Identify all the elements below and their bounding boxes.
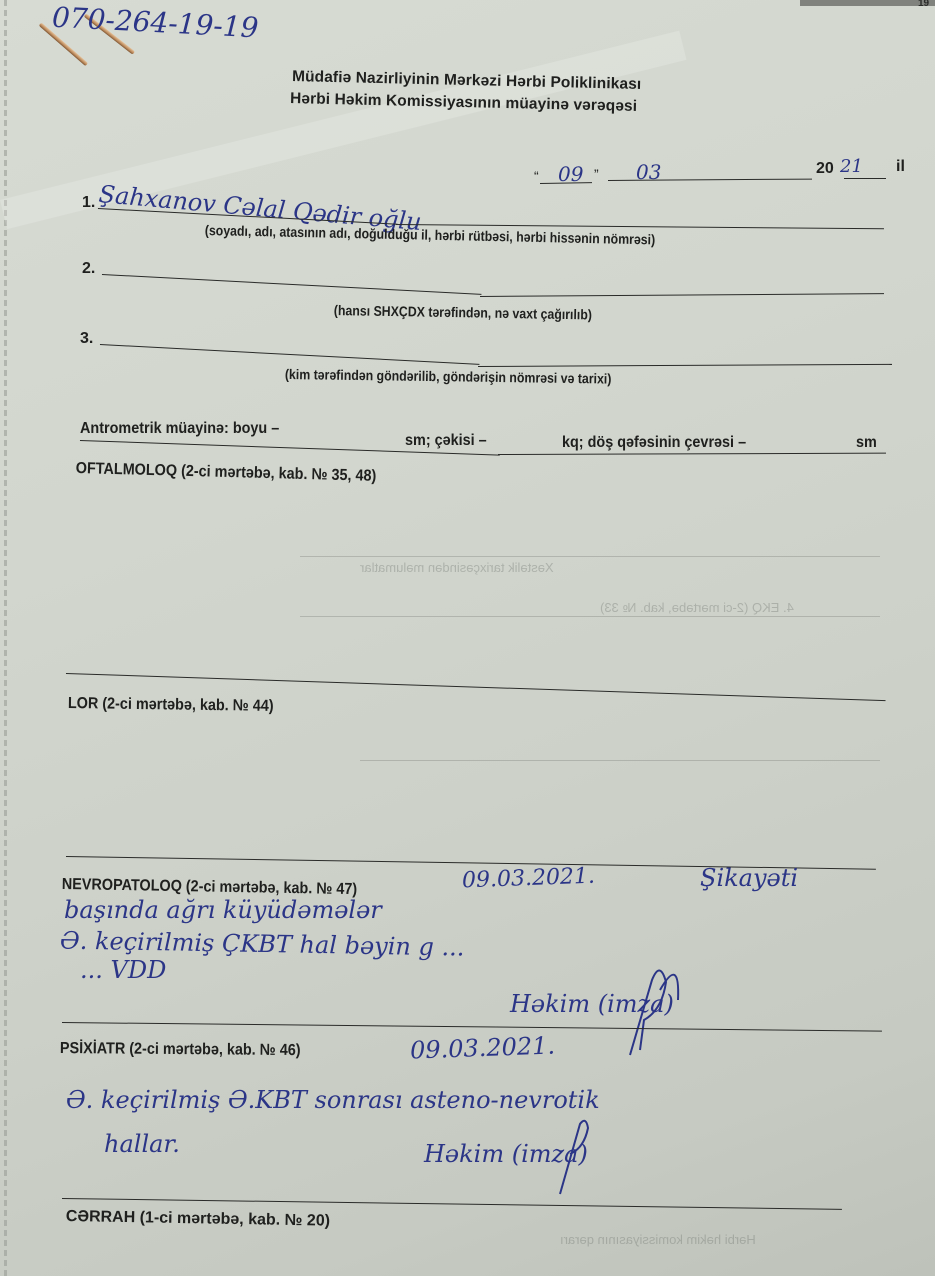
corner-mark: 19 (918, 0, 929, 9)
nevropatoloq-note-1: Şikayəti (700, 864, 798, 892)
anthropometric-height-unit: sm; çəkisi – (405, 432, 487, 450)
date-year-line (844, 178, 886, 179)
nevropatoloq-date: 09.03.2021. (462, 864, 596, 894)
bleedthrough-text: 4. EKQ (2-ci mərtəbə, kab. № 33) (600, 600, 794, 615)
section-title-lor: LOR (2-ci mərtəbə, kab. № 44) (68, 695, 274, 716)
anthropometric-chest-unit: sm (856, 434, 877, 452)
section-divider (62, 1198, 842, 1210)
field-3-line (100, 344, 480, 365)
section-title-oftalmoloq: OFTALMOLOQ (2-ci mərtəbə, kab. № 35, 48) (76, 460, 377, 486)
background-shadow (800, 0, 935, 6)
field-2-number: 2. (82, 260, 95, 278)
section-title-psixiatr: PSİXİATR (2-ci mərtəbə, kab. № 46) (60, 1040, 301, 1060)
bleedthrough-line (300, 616, 880, 617)
signature-stroke (600, 960, 720, 1060)
date-open-quote: “ (534, 168, 539, 184)
field-2-caption: (hansı SHXÇDX tərəfindən, nə vaxt çağırı… (334, 302, 592, 323)
anthropometric-line-right (498, 453, 886, 455)
nevropatoloq-note-4: ... VDD (80, 956, 166, 984)
date-month-line (608, 179, 812, 181)
field-2-line (102, 274, 482, 295)
psixiatr-note-1: Ə. keçirilmiş Ə.KBT sonrası asteno-nevro… (66, 1086, 600, 1114)
psixiatr-note-2: hallar. (104, 1130, 180, 1158)
field-3-number: 3. (80, 330, 93, 348)
bleedthrough-line (300, 556, 880, 557)
medical-examination-sheet: 19 070-264-19-19 Müdafiə Nazirliyinin Mə… (0, 0, 935, 1276)
psixiatr-date: 09.03.2021. (410, 1031, 556, 1064)
paper-edge-perforation (4, 0, 7, 1276)
field-1-number: 1. (82, 194, 95, 212)
section-divider (62, 1022, 882, 1032)
signature-stroke (540, 1118, 630, 1198)
anthropometric-label: Antrometrik müayinə: boyu – (80, 420, 279, 438)
field-2-line-right (480, 293, 884, 297)
bleedthrough-line (360, 760, 880, 761)
date-close-quote: ” (594, 166, 599, 182)
date-year-suffix: 21 (840, 156, 863, 177)
anthropometric-weight-unit: kq; döş qəfəsinin çevrəsi – (562, 434, 746, 452)
nevropatoloq-note-2: başında ağrı küyüdəmələr (64, 896, 382, 924)
handwritten-phone-number: 070-264-19-19 (51, 1, 259, 45)
section-title-cerrah: CƏRRAH (1-ci mərtəbə, kab. № 20) (66, 1208, 330, 1231)
date-year-label: il (896, 158, 905, 176)
date-year-prefix: 20 (816, 160, 834, 178)
bleedthrough-text: Hərbi həkim komissiyasının qərarı (560, 1232, 756, 1247)
field-3-line-right (478, 364, 892, 367)
bleedthrough-text: Xəstəlik tarixçəsindən məlumatlar (360, 560, 554, 575)
field-3-caption: (kim tərəfindən göndərilib, göndərişin n… (285, 366, 612, 387)
